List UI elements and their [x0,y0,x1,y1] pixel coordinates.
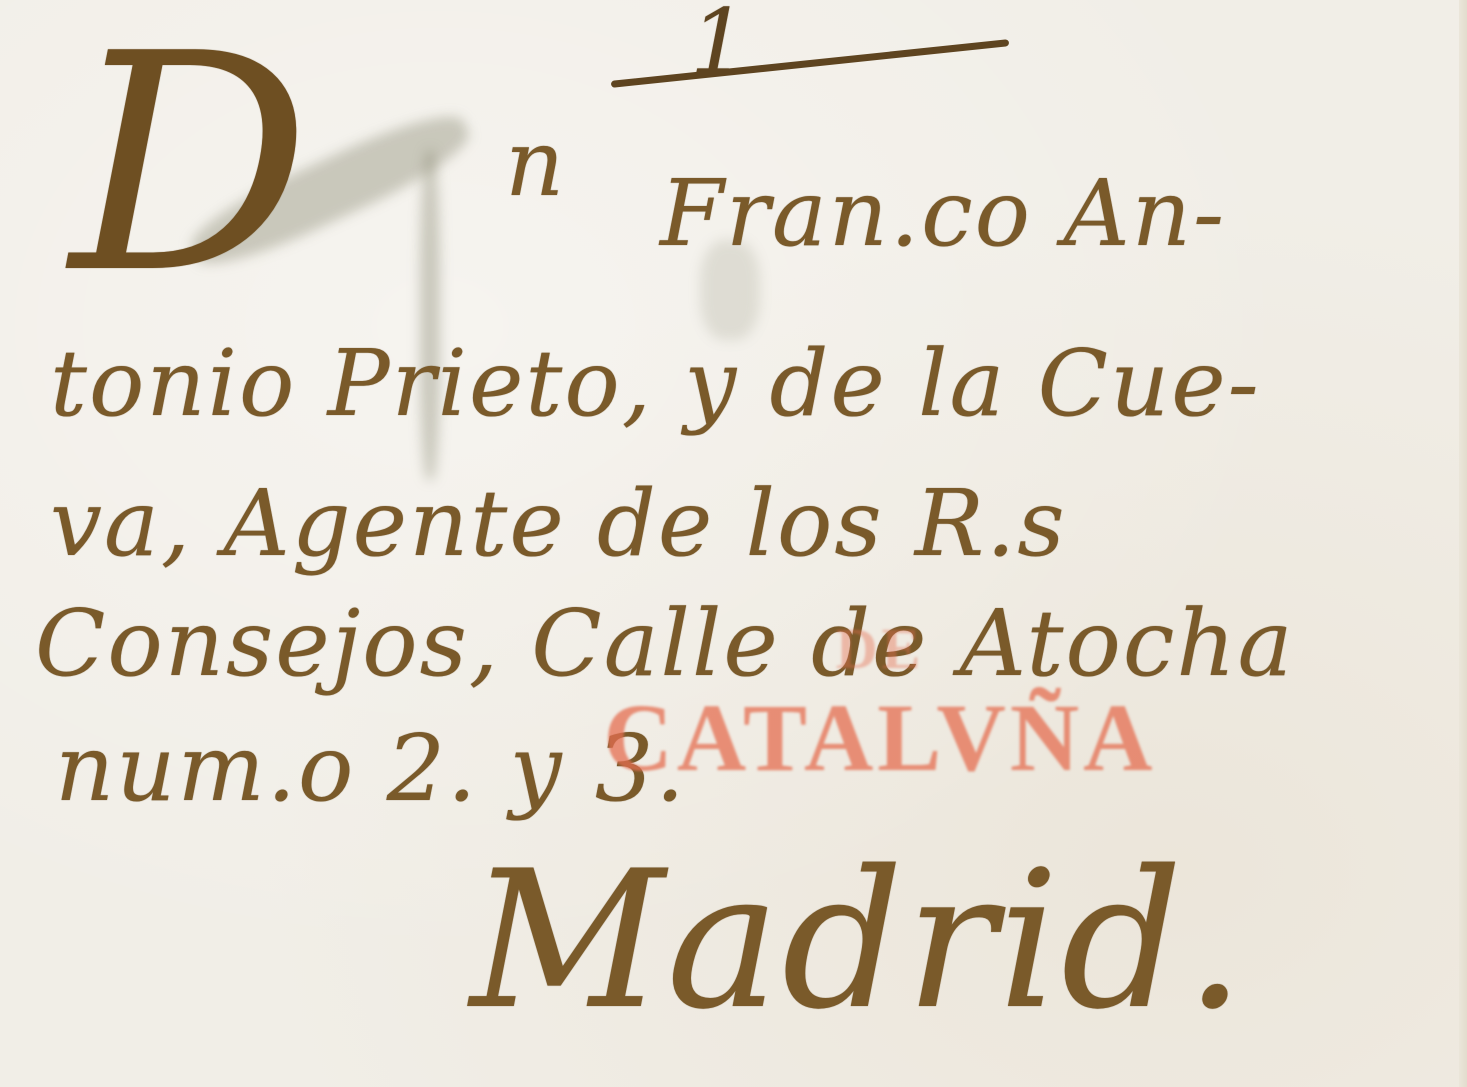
paper-edge [1459,0,1467,1087]
destination-city: Madrid. [470,830,1247,1051]
address-line-2: tonio Prieto, y de la Cue- [50,330,1261,437]
postmark-top: DE [600,615,1160,682]
rate-mark: 1 [690,0,749,95]
letter-cover: 1 D n Fran.co An- tonio Prieto, y de la … [0,0,1467,1087]
salutation-initial: D [70,0,313,339]
salutation-suffix: n [505,110,566,217]
address-line-5: num.o 2. y 3. [55,715,687,822]
postmark-bottom: CATALVÑA [600,682,1160,793]
postmark: DE CATALVÑA [600,615,1160,793]
address-line-1: Fran.co An- [660,160,1226,267]
rate-underline [611,39,1010,88]
address-line-3: va, Agente de los R.s [50,470,1067,577]
